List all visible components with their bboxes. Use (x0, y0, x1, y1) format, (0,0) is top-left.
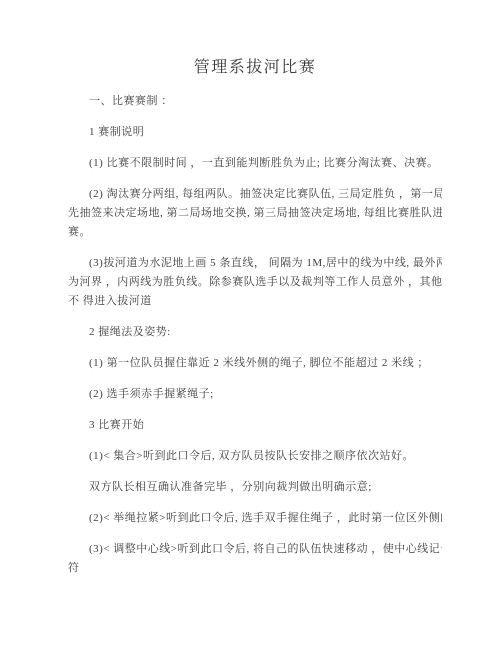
doc-line-start-item-3-end: 符 (68, 559, 442, 578)
doc-line-grip-heading: 2 握绳法及姿势: (68, 323, 442, 342)
doc-line-rule-item-1: (1) 比赛不限制时间 ，一直到能判断胜负为止; 比赛分淘汰赛、决赛。 (68, 154, 442, 173)
doc-line-start-item-3: (3)< 调整中心线>听到此口令后, 将自己的队伍快速移动 ，使中心线记号能相 (68, 540, 442, 559)
doc-line-start-item-1: (1)< 集合>听到此口令后, 双方队员按队长安排之顺序依次站好。 (68, 447, 442, 466)
doc-line-rule-item-2-end: 赛。 (68, 223, 442, 242)
doc-line-grip-item-1: (1) 第一位队员握住靠近 2 米线外侧的绳子, 脚位不能超过 2 米线 ； (68, 354, 442, 373)
doc-line-start-confirm: 双方队长相互确认准备完毕 ，分别向裁判做出明确示意; (68, 478, 442, 497)
document-title: 管理系拔河比赛 (68, 56, 442, 80)
doc-line-rule-item-3-cont: 为河界 ，内两线为胜负线。除参赛队选手以及裁判等工作人员意外 ，其他人员一律 (68, 273, 442, 292)
doc-line-rule-item-3: (3)拔河道为水泥地上画 5 条直线， 间隔为 1M,居中的线为中线, 最外两边… (68, 254, 442, 273)
doc-line-section-one-heading: 一、比赛赛制 ： (68, 92, 442, 111)
doc-line-start-item-2: (2)< 举绳拉紧>听到此口令后, 选手双手握住绳子 ，此时第一位区外侧的绳子; (68, 509, 442, 528)
document-page: 管理系拔河比赛 一、比赛赛制 ： 1 赛制说明 (1) 比赛不限制时间 ，一直到… (0, 0, 500, 647)
doc-line-rule-heading: 1 赛制说明 (68, 123, 442, 142)
doc-line-grip-item-2: (2) 选手须赤手握紧绳子; (68, 385, 442, 404)
doc-line-rule-item-2-cont: 先抽签来决定场地, 第二局场地交换, 第三局抽签决定场地, 每组比赛胜队进入决 (68, 204, 442, 223)
doc-line-start-heading: 3 比赛开始 (68, 416, 442, 435)
doc-line-rule-item-3-end: 不 得进入拔河道 (68, 292, 442, 311)
doc-line-rule-item-2: (2) 淘汰赛分两组, 每组两队。抽签决定比赛队伍, 三局定胜负 ，第一局必须事 (68, 185, 442, 204)
